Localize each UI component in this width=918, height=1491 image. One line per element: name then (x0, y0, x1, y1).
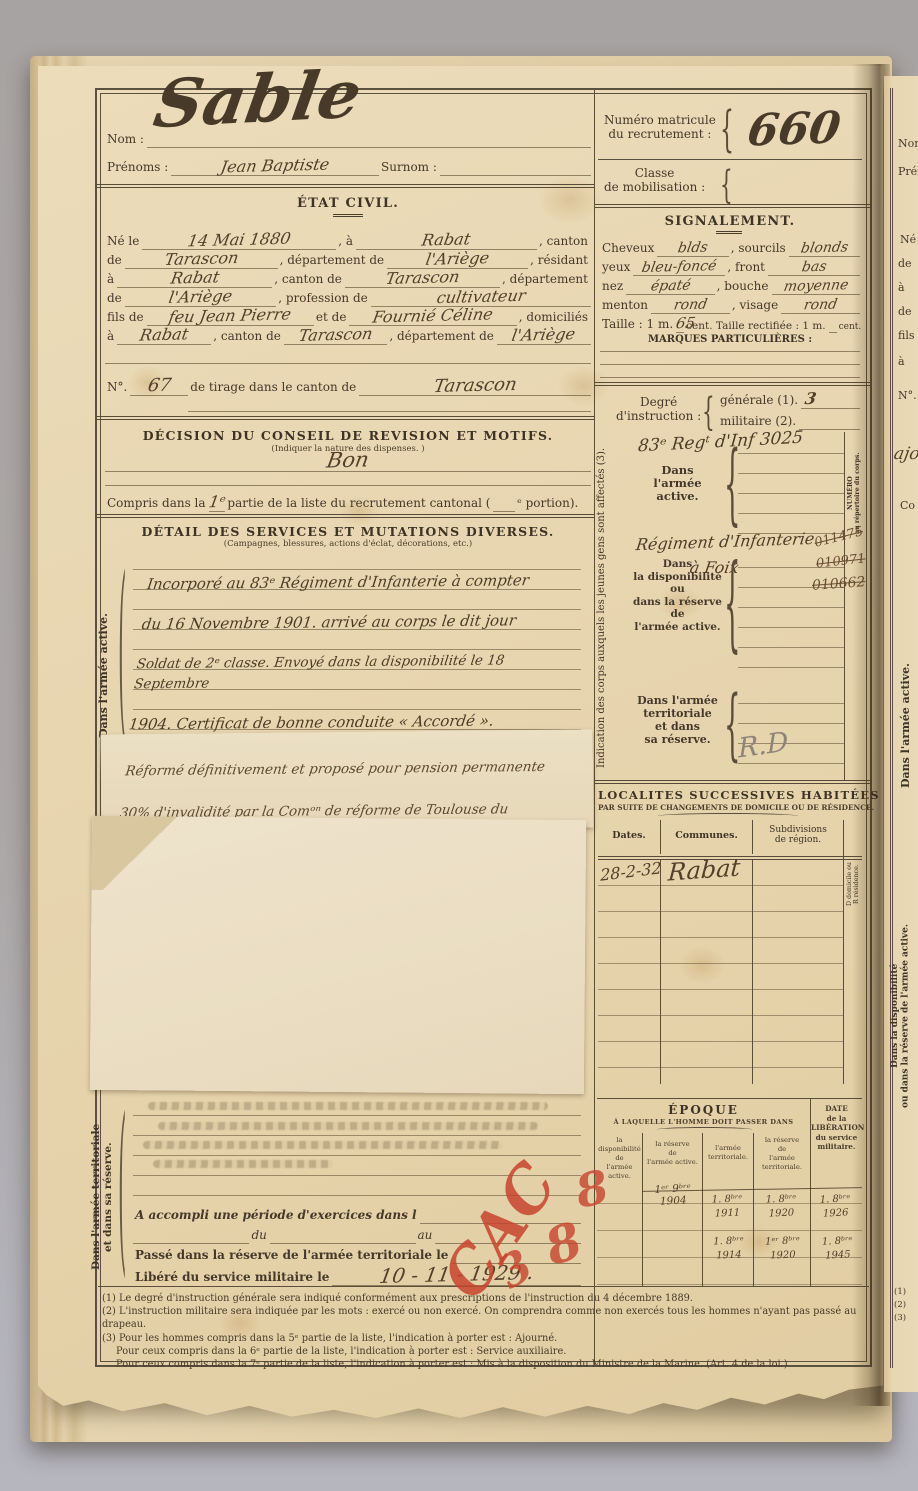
numero-label: N°. (105, 381, 130, 396)
epoque-values-territoriale: 1. 8ᵇʳᵉ 1911 1. 8ᵇʳᵉ 1914 (701, 1178, 754, 1278)
next-page-frame-line (890, 88, 893, 1368)
menton-label: menton (600, 299, 651, 314)
services-brace: ( (118, 554, 126, 747)
au-label: au (416, 1229, 436, 1244)
next-de2-label: de (896, 306, 915, 320)
compris-value: 1ᵉ (207, 494, 226, 510)
register-sheet: Nom : Sable Prénoms : Jean Baptiste Surn… (38, 66, 883, 1418)
epoque-subtitle: À LAQUELLE L'HOMME DOIT PASSER DANS (597, 1118, 810, 1126)
departement-label: , département de (278, 254, 388, 269)
compris-label3: ᵉ portion). (515, 497, 581, 512)
signalement-rows: Cheveux blds , sourcils blonds yeux bleu… (600, 238, 860, 333)
corps-dispo-brace: { (724, 554, 741, 658)
yeux-value: bleu-foncé (641, 259, 718, 275)
residant-label: , résidant (528, 254, 591, 269)
profession-value: cultivateur (435, 288, 526, 306)
corps-active-label: Dans l'armée active. (630, 464, 726, 505)
epoque-v3b: 1. 8ᵇʳᵉ 1914 (703, 1234, 754, 1264)
services-entry: Incorporé au 83ᵉ Régiment d'Infanterie à… (125, 550, 591, 755)
residence-departement-value: l'Ariège (168, 288, 234, 306)
ruled-line (600, 338, 860, 352)
de-label: de (105, 254, 125, 269)
matricule-label: Numéro matricule du recrutement : (602, 114, 719, 143)
signature-sable: Sable (150, 61, 366, 138)
section-rule (95, 416, 594, 420)
compris-label2: partie de la liste du recrutement canton… (225, 497, 493, 512)
epoque-v4b: 1ᵉʳ 8ᵇʳᵉ 1920 (754, 1234, 811, 1264)
localites-col-subdivisions: Subdivisions de région. (753, 825, 843, 845)
parents-residence-value: Rabat (139, 326, 190, 343)
section-rule (595, 382, 872, 386)
decision-title: DÉCISION DU CONSEIL DE REVISION ET MOTIF… (105, 428, 591, 443)
yeux-label: yeux (600, 261, 633, 276)
du-label: du (249, 1229, 269, 1244)
next-de-label: de (896, 258, 915, 272)
services-subtitle: (Campagnes, blessures, actions d'éclat, … (105, 539, 591, 549)
epoque-col3-header: l'armée territoriale. (703, 1144, 753, 1162)
etat-civil-title: ÉTAT CIVIL. (105, 196, 591, 211)
prenoms-line: Jean Baptiste (171, 156, 379, 176)
next-page-edge: Nom Préno Né de à de fils d à N°. ajo Co… (884, 76, 918, 1392)
tirage-number: 67 (146, 377, 172, 396)
section-rule (95, 184, 594, 188)
canton-value: Tarascon (163, 250, 239, 268)
next-active-side-label: Dans l'armée active. (900, 616, 913, 836)
service-line-1: Incorporé au 83ᵉ Régiment d'Infanterie à… (146, 570, 589, 595)
libere-label: Libéré du service militaire le (133, 1271, 332, 1286)
front-label: , front (725, 261, 768, 276)
departement-de-label: , département de (387, 330, 497, 345)
epoque-title: ÉPOQUE (597, 1103, 810, 1117)
next-fils-label: fils d (896, 330, 918, 344)
epoque-v3a: 1. 8ᵇʳᵉ 1911 (702, 1192, 753, 1222)
sourcils-label: , sourcils (729, 242, 789, 257)
ruled-line (600, 351, 860, 365)
menton-value: rond (673, 298, 709, 313)
bouche-label: , bouche (715, 280, 772, 295)
decision-value-line: Bon (105, 452, 591, 472)
a-label: à (105, 330, 117, 345)
localites-col-communes: Communes. (661, 830, 752, 841)
faded-writing (158, 1122, 538, 1130)
cheveux-value: blds (677, 241, 709, 256)
next-no-label: N°. (896, 390, 918, 404)
surnom-label: Surnom : (379, 161, 440, 176)
generale-value: 3 (804, 391, 818, 407)
a-label: , à (336, 235, 356, 250)
bouche-value: moyenne (782, 278, 849, 294)
ne-le-label: Né le (105, 235, 142, 250)
epoque-values-reserve-territoriale: 1. 8ᵇʳᵉ 1920 1ᵉʳ 8ᵇʳᵉ 1920 (752, 1178, 811, 1278)
epoque-col2-header: la réserve de l'armée active. (643, 1140, 702, 1167)
corps-active-brace: { (724, 442, 741, 530)
canton-de-label: , canton de (272, 273, 345, 288)
next-dispo-side-label: Dans la disponibilité ou dans la réserve… (890, 876, 911, 1156)
epoque-table: DATE de la LIBÉRATION du service militai… (597, 1098, 862, 1286)
corps-side-label: Indication des corps auxquels les jeunes… (596, 438, 608, 778)
title-underline (333, 214, 363, 217)
father-value: feu Jean Pierre (168, 306, 293, 325)
taille-rectifiee-label: cent. Taille rectifiée : 1 m. (684, 320, 828, 333)
localites-body: 28-2-32 Rabat (598, 860, 843, 1084)
footnote-5: Pour ceux compris dans la 7ᵉ partie de l… (102, 1358, 864, 1371)
compris-field: Compris dans la 1ᵉ partie de la liste du… (105, 492, 591, 512)
section-rule (95, 514, 594, 518)
title-underline (716, 231, 742, 234)
localites-row1-date: 28-2-32 (600, 858, 662, 885)
compris-label: Compris dans la (105, 497, 209, 512)
localites-subtitle: PAR SUITE DE CHANGEMENTS DE DOMICILE OU … (598, 803, 862, 812)
parents-departement-value: l'Ariège (511, 326, 577, 344)
etat-civil-rows: Né le 14 Mai 1880 , à Rabat , canton de … (105, 231, 591, 364)
corps-dispo-label: Dans la disponibilité ou dans la réserve… (630, 558, 726, 634)
localites-col-dates: Dates. (598, 830, 660, 841)
localites-table: Dates. Communes. Subdivisions de région.… (598, 820, 862, 1084)
ruled-line (188, 398, 591, 412)
mother-value: Fournié Céline (372, 306, 495, 325)
slip-line-1: Réformé définitivement et proposé pour p… (124, 756, 593, 782)
faded-writing (153, 1160, 333, 1168)
classe-brace: { (720, 165, 733, 203)
localites-row1-commune: Rabat (667, 853, 741, 886)
corps-active-lines (738, 434, 844, 534)
signalement-title: SIGNALEMENT. (598, 214, 862, 229)
residence-canton-value: Tarascon (384, 269, 460, 287)
periode-label: A accompli une période d'exercices dans … (133, 1209, 420, 1224)
generale-label: générale (1). (718, 394, 801, 409)
service-line-2: du 16 Novembre 1901. arrivé au corps le … (141, 610, 584, 635)
active-army-side-label: Dans l'armée active. (98, 596, 111, 756)
sourcils-value: blonds (800, 240, 850, 255)
instruction-brace: { (702, 392, 715, 430)
matricule-box: Numéro matricule du recrutement : { 660 (598, 102, 862, 160)
classe-label: Classe de mobilisation : (602, 167, 708, 196)
localites-squiggle (658, 813, 798, 819)
nom-line (147, 147, 591, 148)
next-a-label: à (896, 282, 908, 296)
front-value: bas (801, 260, 828, 275)
taille-value: 65 (675, 316, 697, 331)
prenoms-value: Jean Baptiste (220, 157, 331, 176)
passe-reserve-label: Passé dans la réserve de l'armée territo… (133, 1249, 451, 1264)
a-label: à (105, 273, 117, 288)
tirage-label: de tirage dans le canton de (188, 381, 359, 396)
ruled-line (600, 364, 860, 378)
epoque-value-reserve-active: 1ᵉʳ 9ᵇʳᵉ 1904 (643, 1181, 702, 1208)
section-rule (595, 204, 872, 208)
departement-value: l'Ariège (425, 250, 491, 268)
taille-label: Taille : 1 m. (600, 318, 676, 333)
next-prenoms-label: Préno (896, 166, 918, 180)
et-de-label: et de (314, 311, 350, 326)
instruction-label: Degré d'instruction : (614, 396, 704, 425)
territorial-brace: ( (118, 1096, 126, 1281)
birthplace-value: Rabat (421, 231, 472, 248)
next-a2-label: à (896, 356, 908, 370)
prenoms-label: Prénoms : (105, 161, 171, 176)
footnote-4: Pour ceux compris dans la 6ᵉ partie de l… (102, 1345, 864, 1358)
tirage-canton-value: Tarascon (432, 376, 518, 396)
next-co-label: Co (898, 500, 918, 514)
matricule-value: 660 (744, 102, 844, 156)
tirage-field: N°. 67 de tirage dans le canton de Taras… (105, 374, 591, 396)
ruled-line (105, 472, 591, 486)
next-hw-entry: ajo (892, 444, 918, 464)
faded-writing (143, 1141, 503, 1149)
residence-value: Rabat (169, 269, 220, 286)
faded-writing (148, 1102, 548, 1110)
section-rule (595, 780, 872, 784)
slip-folded-corner (92, 816, 189, 891)
epoque-v4a: 1. 8ᵇʳᵉ 1920 (753, 1192, 810, 1222)
canton-label: , canton (537, 235, 591, 250)
birthdate-value: 14 Mai 1880 (187, 231, 292, 250)
territorial-side-label: Dans l'armée territoriale et dans sa rés… (90, 1112, 114, 1282)
decision-value: Bon (325, 449, 370, 471)
nez-label: nez (600, 280, 626, 295)
visage-value: rond (803, 298, 839, 313)
next-nom-label: Nom (896, 138, 918, 152)
surnom-line (440, 175, 591, 176)
prenoms-field: Prénoms : Jean Baptiste Surnom : (105, 154, 591, 176)
service-line-3: Soldat de 2ᵉ classe. Envoyé dans la disp… (133, 650, 578, 695)
canton-de-label: , canton de (211, 330, 284, 345)
fils-de-label: fils de (105, 311, 147, 326)
footnote-3: (3) Pour les hommes compris dans la 5ᵉ p… (102, 1332, 864, 1345)
epoque-col4-header: la réserve de l'armée territoriale. (754, 1136, 810, 1172)
visage-label: , visage (730, 299, 781, 314)
epoque-squiggle (657, 1127, 752, 1132)
localites-title: LOCALITES SUCCESSIVES HABITÉES (598, 788, 862, 802)
classe-box: Classe de mobilisation : { (598, 161, 862, 203)
matricule-brace: { (720, 108, 734, 156)
nez-value: épaté (649, 278, 691, 293)
nom-label: Nom : (105, 133, 147, 148)
next-footmarks: (1) (2) (3) (892, 1286, 909, 1326)
parents-canton-value: Tarascon (297, 326, 373, 344)
next-ne-label: Né (898, 234, 918, 248)
corps-terr-label: Dans l'armée territoriale et dans sa rés… (630, 694, 726, 747)
de-label: de (105, 292, 125, 307)
cheveux-label: Cheveux (600, 242, 657, 257)
photo-background: Nom : Sable Prénoms : Jean Baptiste Surn… (0, 0, 918, 1491)
services-title: DÉTAIL DES SERVICES ET MUTATIONS DIVERSE… (105, 524, 591, 539)
instruction-box: Degré d'instruction : { générale (1). 3 … (600, 390, 860, 430)
blank-pasted-slip (90, 816, 586, 1094)
